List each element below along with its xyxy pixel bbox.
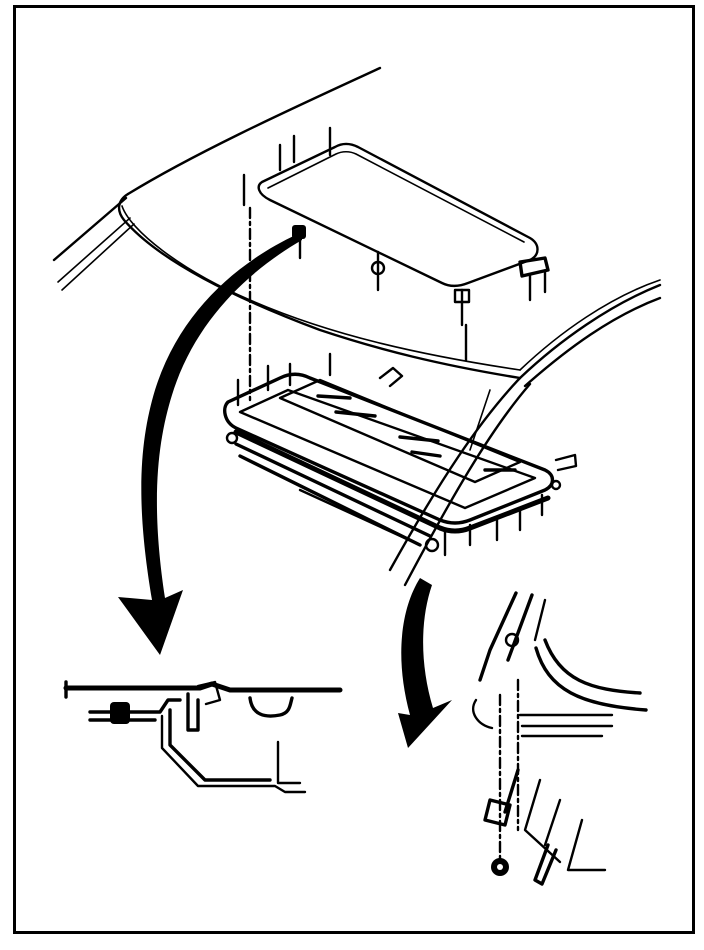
sunroof-housing-assembly bbox=[225, 368, 576, 551]
alignment-lines bbox=[250, 208, 466, 400]
section-detail-left bbox=[66, 682, 340, 792]
roof-fasteners bbox=[244, 128, 548, 325]
sunroof-opening bbox=[259, 144, 538, 286]
sunroof-diagram bbox=[0, 0, 704, 950]
section-detail-right bbox=[473, 593, 646, 884]
windshield-pillar bbox=[390, 378, 530, 585]
curved-arrow-icon bbox=[398, 578, 452, 748]
roof-panel bbox=[54, 68, 660, 386]
